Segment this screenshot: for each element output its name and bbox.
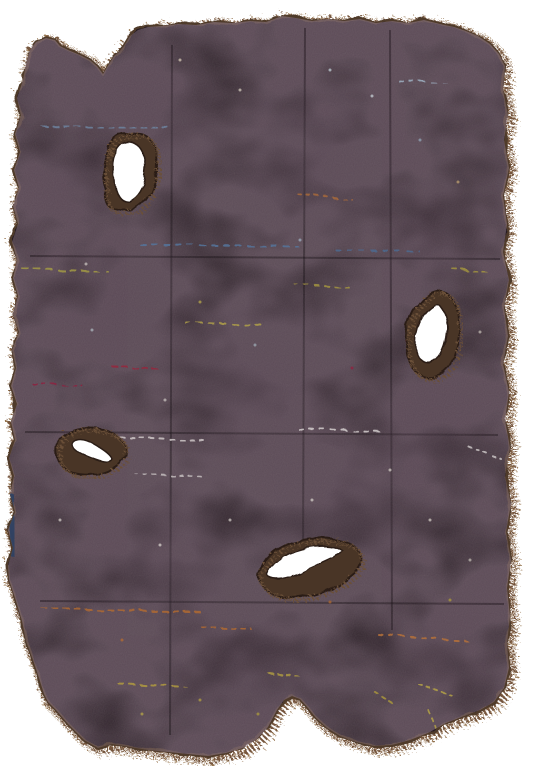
rug-photo	[0, 0, 533, 766]
thread-speck	[389, 469, 392, 472]
thread-speck	[254, 344, 257, 347]
thread-speck	[299, 239, 302, 242]
thread-speck	[59, 519, 62, 522]
thread-speck	[179, 59, 182, 62]
hole-left-slit	[57, 428, 126, 475]
thread-speck	[229, 519, 232, 522]
thread-speck	[239, 89, 242, 92]
thread-speck	[351, 367, 354, 370]
texture-layer	[0, 0, 533, 766]
thread-speck	[85, 263, 88, 266]
fiber-grain-texture	[0, 0, 533, 766]
thread-speck	[329, 601, 332, 604]
thread-speck	[469, 559, 472, 562]
thread-speck	[159, 544, 162, 547]
thread-speck	[164, 399, 167, 402]
thread-speck	[311, 499, 314, 502]
thread-speck	[479, 331, 482, 334]
thread-speck	[91, 329, 94, 332]
thread-speck	[449, 599, 452, 602]
thread-speck	[199, 301, 202, 304]
thread-speck	[419, 139, 422, 142]
thread-speck	[329, 69, 332, 72]
thread-speck	[199, 699, 202, 702]
photo-stage	[0, 0, 533, 766]
thread-speck	[371, 95, 374, 98]
thread-speck	[141, 713, 144, 716]
thread-speck	[257, 713, 260, 716]
thread-speck	[457, 181, 460, 184]
thread-speck	[429, 519, 432, 522]
thread-speck	[121, 639, 124, 642]
